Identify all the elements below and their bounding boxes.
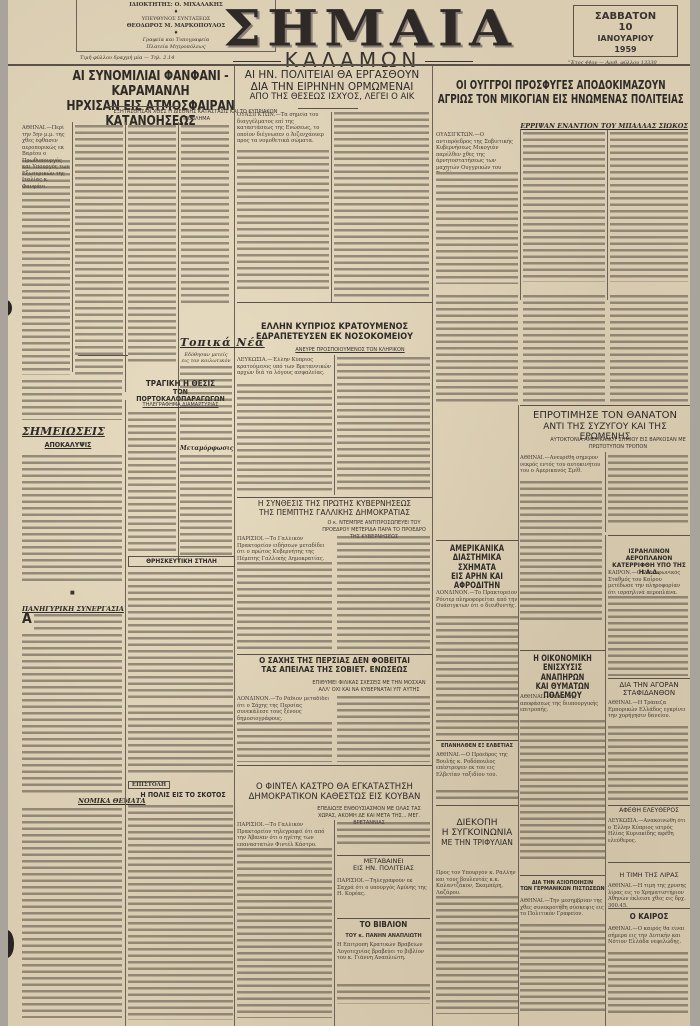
lead-hungarians: ΟΥΑΣΙΓΚΤΩΝ.—Ο αντιπρόεδρος της Σοβιετική… [436,132,518,172]
newspaper-page: ΙΔΙΟΚΤΗΤΗΣ: Ο. ΜΙΧΑΛΑΚΗΣ ♦ ΥΠΕΥΘΥΝΟΣ ΣΥΝ… [8,0,690,1026]
divider [608,862,690,863]
column-rule [432,66,433,1026]
column-rule [178,122,179,562]
lead-trifylia: Προς τον Υπουργόν κ. Ράλλην και τους βου… [436,870,518,896]
headline-line: ΤΩΝ ΓΕΡΜΑΝΙΚΩΝ ΠΙΣΤΩΣΕΩΝ [520,886,605,892]
section-letter: ΕΠΙΣΤΟΛΗ [128,781,170,789]
column-rule [72,122,73,372]
headline-line: ΑΓΡΙΩΣ ΤΟΝ ΜΙΚΟΓΙΑΝ ΕΙΣ ΗΝΩΜΕΝΑΣ ΠΟΛΙΤΕΙ… [436,92,686,106]
divider [237,765,432,766]
divider [337,918,430,919]
body-text-column [523,132,605,282]
body-text-column [75,125,123,375]
headline-switzerland: ΕΠΑΝΗΛΘΕΝ ΕΞ ΕΛΒΕΤΙΑΣ [436,743,518,749]
divider [520,650,605,651]
body-text-column [436,172,518,284]
divider [436,740,518,741]
body-text-column [22,808,122,1018]
headline-metavainei: ΜΕΤΑΒΑΙΝΕΙ ΕΙΣ ΗΝ. ΠΟΛΙΤΕΙΑΣ [337,858,430,873]
lead-israeli: ΚΑΪΡΟΝ.—Ο Ραδιοφωνικός Σταθμός του Καΐρο… [608,570,688,596]
deck-hungarians: ΕΡΡΙΨΑΝ ΕΝΑΝΤΙΟΝ ΤΟΥ ΜΠΑΛΛΑΣ ΣΙΩΚΟΣ [508,122,688,130]
body-text-column [610,295,688,405]
body-text-column [128,125,176,365]
subsection-revelation: ΑΠΟΚΑΛΥΨΙΣ [38,442,98,450]
column-rule [605,535,606,1026]
headline-weather: Ο ΚΑΙΡΟΣ [608,913,690,922]
headline-line: ΔΙΑ ΤΗΝ ΑΓΟΡΑΝ [608,681,690,689]
date-year: 1959 [574,44,677,55]
body-text-column [180,366,232,441]
headline-line: ΜΕ ΤΗΝ ΤΡΙΦΥΛΙΑΝ [436,839,518,848]
headline-line: ΑΙ ΣΥΝΟΜΙΛΙΑΙ ΦΑΝΦΑΝΙ - ΚΑΡΑΜΑΝΛΗ [38,69,263,99]
paper-stain [8,300,12,316]
column-rule [518,405,519,1026]
divider [608,535,690,536]
divider [337,855,430,856]
body-text-column [237,150,329,290]
lead-shah: ΛΟΝΔΙΝΟΝ.—Το Ράδιον μεταδίδει ότι ο Σάχη… [237,696,332,722]
body-text-column [520,924,605,1014]
body-text-column [22,380,122,420]
lead-raisins: ΑΘΗΝΑΙ.—Η Τράπεζα Εμπορικών Ελλάδος εγκρ… [608,700,688,726]
divider [520,405,690,406]
headline-line: ΕΙΣ ΑΡΗΝ ΚΑΙ ΑΦΡΟΔΙΤΗΝ [440,573,514,592]
headline-lira: Η ΤΙΜΗ ΤΗΣ ΛΙΡΑΣ [608,872,690,879]
headline-trifylia: ΔΙΕΚΟΠΗ Η ΣΥΓΚΟΙΝΩΝΙΑ ΜΕ ΤΗΝ ΤΡΙΦΥΛΙΑΝ [436,818,518,847]
body-text-column [608,726,688,802]
lead-metavainei: ΠΑΡΙΣΙΟΙ.—Τηλεγραφούν εκ Σαχρά ότι ο υπο… [337,878,430,916]
date-number: 10 [574,22,677,33]
ornament-icon: ■ [70,590,75,596]
headline-line: ΤΑΣ ΑΠΕΙΛΑΣ ΤΗΣ ΣΟΒΙΕΤ. ΕΝΩΣΕΩΣ [237,666,432,675]
column-rule [234,66,235,1026]
headline-line: ΣΤΑΦΙΔΑΝΘΟΝ [608,689,690,697]
subhead-transfiguration: Μεταμόρφωσις [180,445,233,452]
headline-line: ΑΠΟ ΤΗΣ ΘΕΣΕΩΣ ΙΣΧΥΟΣ, ΛΕΓΕΙ Ο ΑΙΚ [237,93,427,103]
lead-german: ΑΘΗΝΑΙ.—Την μεσημβρίαν της χθες συνεκροτ… [520,898,605,924]
body-text-column [337,357,430,492]
headline-hungarians: ΟΙ ΟΥΓΓΡΟΙ ΠΡΟΣΦΥΓΕΣ ΑΠΟΔΟΚΙΜΑΖΟΥΝ ΑΓΡΙΩ… [436,78,686,106]
deck-cypriot: ΑΝΕΥΡΕ ΠΡΟΣΠΟΙΟΥΜΕΝΟΣ ΤΟΝ ΚΛΗΡΙΚΟΝ [268,347,432,354]
headline-cypriot: ΕΛΛΗΝ ΚΥΠΡΙΟΣ ΚΡΑΤΟΥΜΕΝΟΣ ΕΔΡΑΠΕΤΕΥΣΕΝ Ε… [237,323,432,343]
headline-darkness: Η ΠΟΛΙΣ ΕΙΣ ΤΟ ΣΚΟΤΟΣ [133,792,233,800]
divider [237,654,432,655]
paper-stain [8,930,14,958]
body-text-column [22,455,122,585]
body-text-column [128,705,233,775]
lead-american: ΛΟΝΔΙΝΟΝ.—Το Πρακτορείον Ρόυτερ πληροφορ… [436,590,518,616]
column-rule [125,122,126,392]
headline-line: ΕΔΡΑΠΕΤΕΥΣΕΝ ΕΚ ΝΟΣΟΚΟΜΕΙΟΥ [237,333,432,343]
body-text-column [608,952,688,1014]
column-rule [607,130,608,300]
lead-released: ΛΕΥΚΩΣΙΑ.—Ανακοινώθη ότι ο Έλλην Κύπριος… [608,818,688,858]
column-rule [520,130,521,300]
headline-religion: ΘΡΗΣΚΕΥΤΙΚΗ ΣΤΗΛΗ [128,556,235,567]
drop-cap-icon: Α [22,612,32,627]
body-text-column [128,412,176,552]
body-text-column [436,295,518,405]
section-notes: ΣΗΜΕΙΩΣΕΙΣ [22,425,105,438]
body-text-column [610,132,688,282]
headline-line: ΤΗΣ ΠΕΜΠΤΗΣ ΓΑΛΛΙΚΗΣ ΔΗΜΟΚΡΑΤΙΑΣ [237,509,432,518]
body-text-column [337,822,430,848]
body-text-column [22,634,122,794]
lead-weather: ΑΘΗΝΑΙ.—Ο καιρός θα είναι σήμερα εις την… [608,926,688,952]
masthead-rule [8,64,690,66]
headline-line: ΕΠΡΟΤΙΜΗΣΕ ΤΟΝ ΘΑΝΑΤΟΝ [520,410,690,422]
body-text-column [337,984,430,1004]
deck-book: ΤΟΥ κ. ΠΑΝΗΝ ΑΝΑΠΛΙΩΤΗ [337,933,430,940]
column-rule [605,452,606,532]
headline-castro: Ο ΦΙΝΤΕΛ ΚΑΣΤΡΟ ΘΑ ΕΓΚΑΤΑΣΤΗΣΗ ΔΗΜΟΚΡΑΤΙ… [237,783,432,803]
headline-french: Η ΣΥΝΘΕΣΙΣ ΤΗΣ ΠΡΩΤΗΣ ΚΥΒΕΡΝΗΣΕΩΣ ΤΗΣ ΠΕ… [237,500,432,517]
divider [608,805,690,806]
subhead-local: Εδόθησαν μετείς εις τον κοιλωτικόν [180,352,232,364]
body-text-column [436,616,518,736]
body-text-column [237,384,332,494]
body-text-column [334,112,429,297]
headline-american: ΑΜΕΡΙΚΑΝΙΚΑ ΔΙΑΣΤΗΜΙΚΑ ΣΧΗΜΑΤΑ ΕΙΣ ΑΡΗΝ … [440,545,514,592]
body-text-column [337,696,430,762]
body-text-column [180,455,232,555]
headline-line: ΑΙ ΗΝ. ΠΟΛΙΤΕΙΑΙ ΘΑ ΕΡΓΑΣΘΟΥΝ [237,69,427,81]
divider [436,805,518,806]
headline-line: ΔΙΑΣΤΗΜΙΚΑ ΣΧΗΜΑΤΑ [440,554,514,573]
divider [436,540,518,541]
headline-line: ΕΝΙΣΧΥΣΙΣ ΑΝΑΠΗΡΩΝ [525,664,600,683]
divider [520,875,605,876]
body-text-column [520,720,605,860]
headline-line: ΕΙΣ ΗΝ. ΠΟΛΙΤΕΙΑΣ [337,865,430,872]
body-text-column [237,848,332,1018]
headline-line: ΔΗΜΟΚΡΑΤΙΚΟΝ ΚΑΘΕΣΤΩΣ ΕΙΣ ΚΟΥΒΑΝ [237,793,432,803]
divider [237,302,432,303]
body-text-column [128,805,233,1020]
column-rule [331,112,332,302]
headline-politeiai: ΑΙ ΗΝ. ΠΟΛΙΤΕΙΑΙ ΘΑ ΕΡΓΑΣΘΟΥΝ ΔΙΑ ΤΗΝ ΕΙ… [237,69,427,103]
lead-politeiai: ΟΥΑΣΙΓΚΤΩΝ.—Τα σημεία του διαγγέλματος ε… [237,112,329,152]
lead-disabled: ΑΘΗΝΑΙ.—Βάσει της αποφάσεως της διυπουργ… [520,694,605,720]
divider [237,497,432,498]
body-text-column [520,481,602,621]
body-text-column [337,536,430,651]
price-line: Τιμή φύλλου δραχμή μία — Τηλ. 2.14 [80,55,174,61]
headline-released: ΑΦΕΘΗ ΕΛΕΥΘΕΡΟΣ [608,808,690,815]
headline-line: ΔΙΕΚΟΠΗ [436,818,518,828]
lead-book: Η Επιτροπή Κρατικών Βραβείων Λογοτεχνίας… [337,942,430,982]
headline-raisins: ΔΙΑ ΤΗΝ ΑΓΟΡΑΝ ΣΤΑΦΙΔΑΝΘΟΝ [608,681,690,697]
headline-line: ΙΣΡΑΗΛΙΝΟΝ ΑΕΡΟΠΛΑΝΟΝ [608,548,690,562]
column-rule [125,400,126,1026]
date-day: ΣΑΒΒΑΤΟΝ [574,11,677,22]
body-text-column [128,572,233,702]
body-text-column [523,295,605,405]
date-month: ΙΑΝΟΥΑΡΙΟΥ [574,33,677,44]
body-text-column [608,596,688,676]
body-text-column [181,125,229,305]
headline-line: ΟΙ ΟΥΓΓΡΟΙ ΠΡΟΣΦΥΓΕΣ ΑΠΟΔΟΚΙΜΑΖΟΥΝ [436,78,686,92]
lead-lira: ΑΘΗΝΑΙ.—Η τιμή της χρυσής λίρας εις το Χ… [608,883,688,907]
body-text-column [34,614,122,632]
body-text-column [237,562,332,652]
headline-cooperation: ΠΑΝΗΓΥΡΙΚΗ ΣΥΝΕΡΓΑΣΙΑ [22,605,124,613]
deck-execution: ΑΥΤΟΚΤΟΝΙΑ ΑΜΕΡΙΚΑΝΟΥ ΣΗΜΙΟΥ ΕΙΣ ΒΑΡΚΟΣΑ… [548,437,688,451]
headline-german: ΔΙΑ ΤΗΝ ΑΞΙΟΠΟΙΗΣΙΝ ΤΩΝ ΓΕΡΜΑΝΙΚΩΝ ΠΙΣΤΩ… [520,880,605,892]
body-text-column [436,790,518,802]
column-rule [334,820,335,1026]
body-text-column [436,896,518,1014]
divider [298,108,358,109]
divider [78,355,128,356]
body-text-column [608,455,688,523]
divider [108,106,178,107]
headline-shah: Ο ΣΑΧΗΣ ΤΗΣ ΠΕΡΣΙΑΣ ΔΕΝ ΦΟΒΕΙΤΑΙ ΤΑΣ ΑΠΕ… [237,657,432,675]
divider [608,678,690,679]
divider [608,908,690,909]
lead-castro: ΠΑΡΙΣΙΟΙ.—Το Γαλλικόν Πρακτορείον τηλεγρ… [237,822,332,848]
lead-cypriot: ΛΕΥΚΩΣΙΑ.—Έλλην Κύπριος κρατούμενος υπό … [237,357,332,383]
deck-shah: ΕΠΙΘΥΜΕΙ ΦΙΛΙΚΑΣ ΣΧΕΣΕΙΣ ΜΕ ΤΗΝ ΜΟΣΧΑΝ Α… [308,680,430,694]
date-box: ΣΑΒΒΑΤΟΝ 10 ΙΑΝΟΥΑΡΙΟΥ 1959 [573,5,678,57]
lead-french: ΠΑΡΙΣΙΟΙ.—Το Γαλλικόν Πρακτορείον ειδήσε… [237,536,332,562]
column-rule [334,355,335,495]
body-text-column [237,722,332,762]
body-text-column [22,160,70,375]
lead-execution: ΑΘΗΝΑΙ.—Ανευρέθη σήμερον νεκρός εντός το… [520,455,602,481]
headline-book: ΤΟ ΒΙΒΛΙΟΝ [337,921,430,930]
